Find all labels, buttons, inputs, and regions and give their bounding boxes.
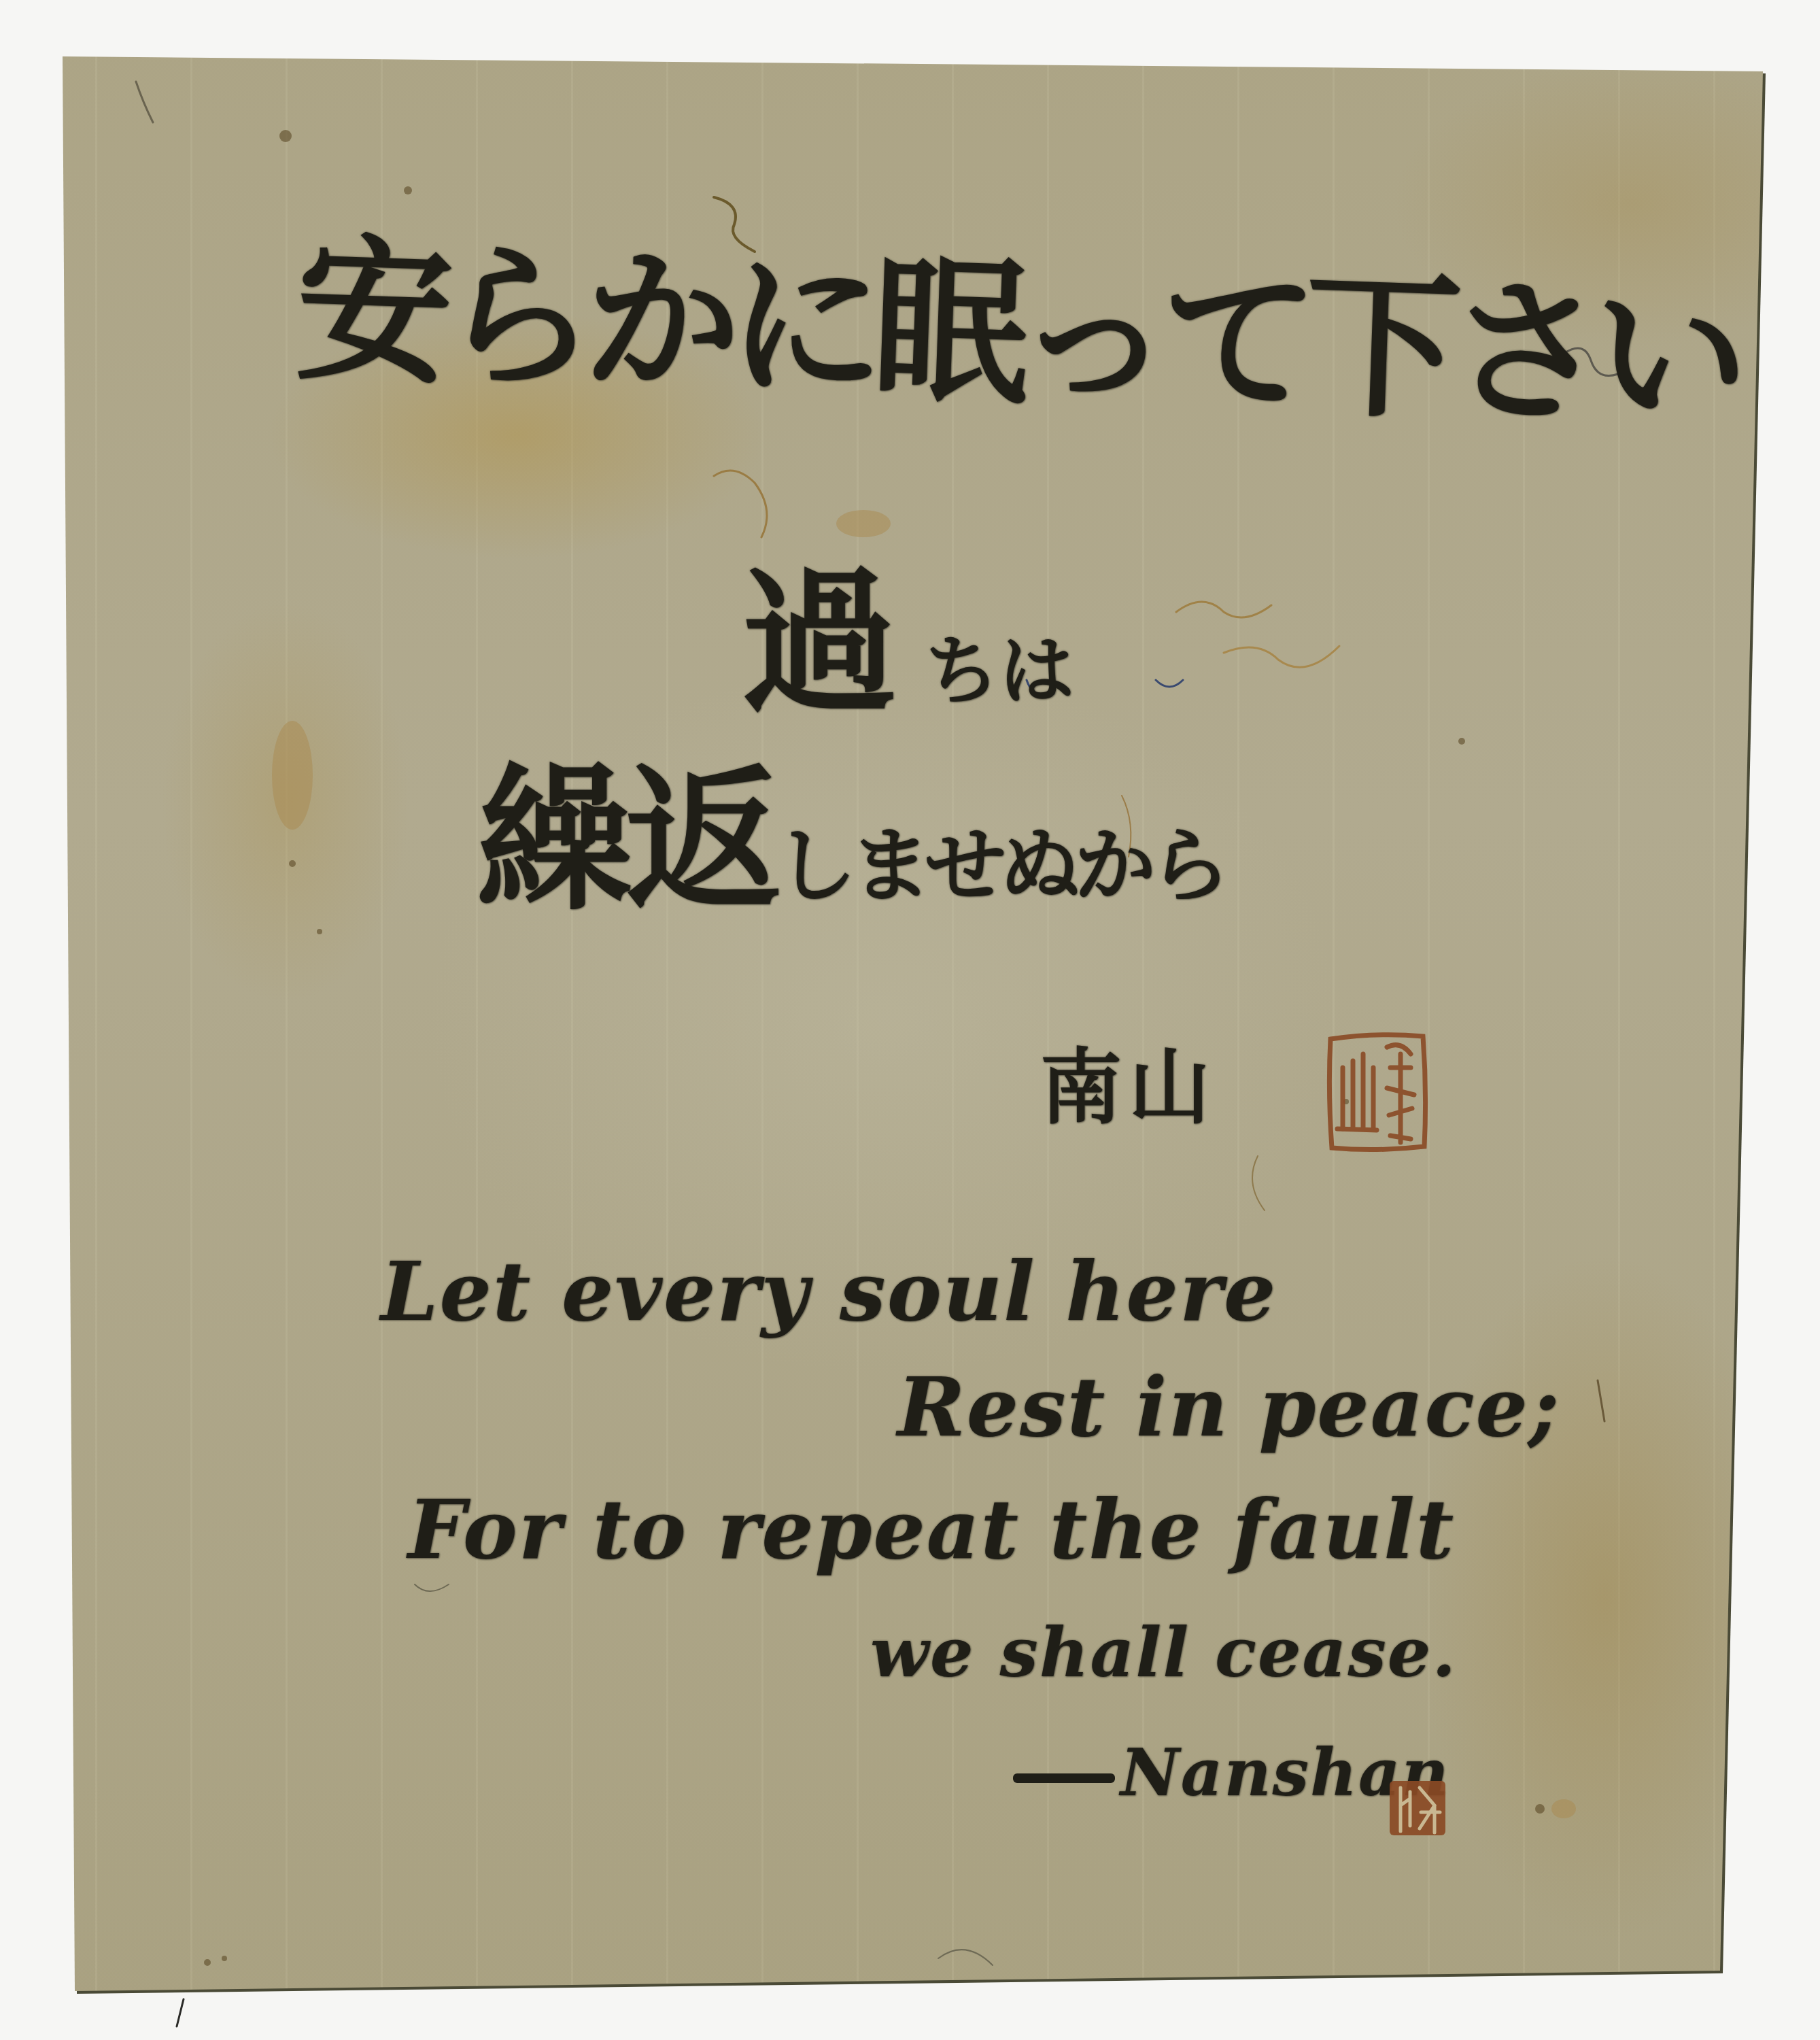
english-line-3: For to repeat the fault [408, 1489, 1455, 1571]
english-line-4: we shall cease. [870, 1618, 1457, 1686]
japanese-line-3-main: 繰返 [476, 748, 775, 932]
japanese-line-3: 繰返しませぬから [476, 762, 1224, 918]
seal-upper-icon [1322, 1027, 1431, 1156]
signature-dash [1013, 1773, 1115, 1783]
japanese-line-2-main: 過 [741, 551, 897, 734]
japanese-signature: 南山 [1040, 1047, 1217, 1129]
english-line-1: Let every soul here [381, 1251, 1277, 1333]
japanese-line-1: 安らかに眠って下さい [294, 231, 1740, 438]
english-line-2: Rest in peace; [897, 1367, 1560, 1448]
japanese-line-2: 過ちは [741, 564, 1074, 721]
english-signature: Nanshan [1013, 1741, 1450, 1805]
japanese-line-2-small: ちは [925, 627, 1074, 715]
japanese-line-3-small: しませぬから [775, 818, 1224, 914]
seal-lower-icon [1387, 1778, 1448, 1838]
